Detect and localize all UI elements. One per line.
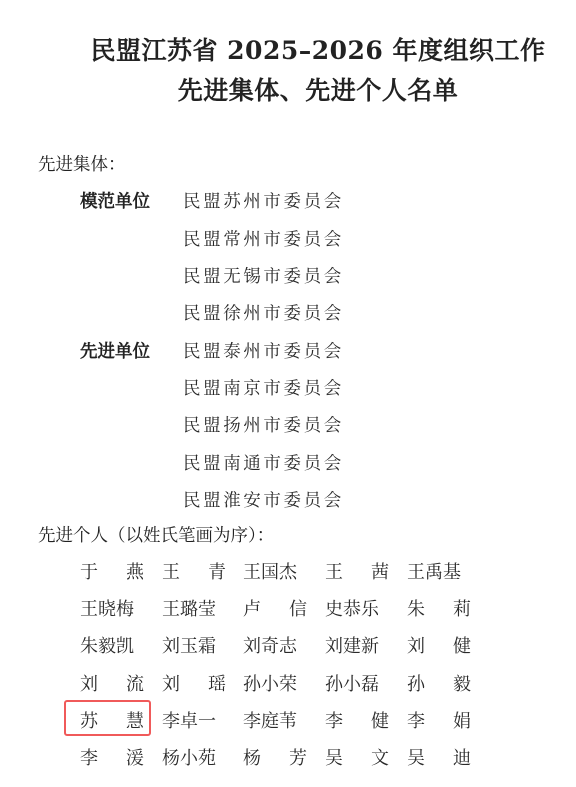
person-name: 史恭乐 — [325, 595, 389, 621]
collectives-heading: 先进集体： — [38, 151, 126, 176]
person-name: 吴文 — [325, 744, 389, 770]
person-name: 李湲 — [80, 744, 144, 770]
highlight-box — [64, 700, 151, 736]
page-title-line1: 民盟江苏省 2025–2026 年度组织工作 — [30, 31, 576, 67]
person-name: 王璐莹 — [162, 595, 226, 621]
person-name: 朱莉 — [407, 595, 471, 621]
category-label-model: 模范单位 — [80, 188, 150, 213]
unit-item: 民盟徐州市委员会 — [183, 300, 344, 325]
page-title-line2: 先进集体、先进个人名单 — [30, 71, 576, 107]
person-name: 李庭苇 — [243, 707, 307, 733]
person-name: 王禹基 — [407, 558, 471, 584]
person-name: 刘建新 — [325, 632, 389, 658]
unit-item: 民盟苏州市委员会 — [183, 188, 344, 213]
individuals-heading: 先进个人（以姓氏笔画为序）： — [38, 522, 274, 547]
person-name: 刘奇志 — [243, 632, 307, 658]
person-name: 李卓一 — [162, 707, 226, 733]
person-name: 杨芳 — [243, 744, 307, 770]
person-name: 朱毅凯 — [80, 632, 144, 658]
person-name: 刘玉霜 — [162, 632, 226, 658]
person-name: 刘瑶 — [162, 670, 226, 696]
person-name: 孙小荣 — [243, 670, 307, 696]
person-name: 刘流 — [80, 670, 144, 696]
person-name: 刘健 — [407, 632, 471, 658]
unit-item: 民盟淮安市委员会 — [183, 487, 344, 512]
person-name: 杨小苑 — [162, 744, 226, 770]
person-name: 王国杰 — [243, 558, 307, 584]
person-name: 卢信 — [243, 595, 307, 621]
unit-item: 民盟南京市委员会 — [183, 375, 344, 400]
category-label-advanced: 先进单位 — [80, 338, 150, 363]
person-name: 李健 — [325, 707, 389, 733]
unit-item: 民盟泰州市委员会 — [183, 338, 344, 363]
person-name: 于燕 — [80, 558, 144, 584]
person-name: 李娟 — [407, 707, 471, 733]
person-name: 王晓梅 — [80, 595, 144, 621]
unit-item: 民盟南通市委员会 — [183, 450, 344, 475]
unit-item: 民盟常州市委员会 — [183, 226, 344, 251]
person-name: 吴迪 — [407, 744, 471, 770]
unit-item: 民盟扬州市委员会 — [183, 412, 344, 437]
unit-item: 民盟无锡市委员会 — [183, 263, 344, 288]
person-name: 孙小磊 — [325, 670, 389, 696]
person-name: 王茜 — [325, 558, 389, 584]
person-name: 王青 — [162, 558, 226, 584]
person-name: 孙毅 — [407, 670, 471, 696]
